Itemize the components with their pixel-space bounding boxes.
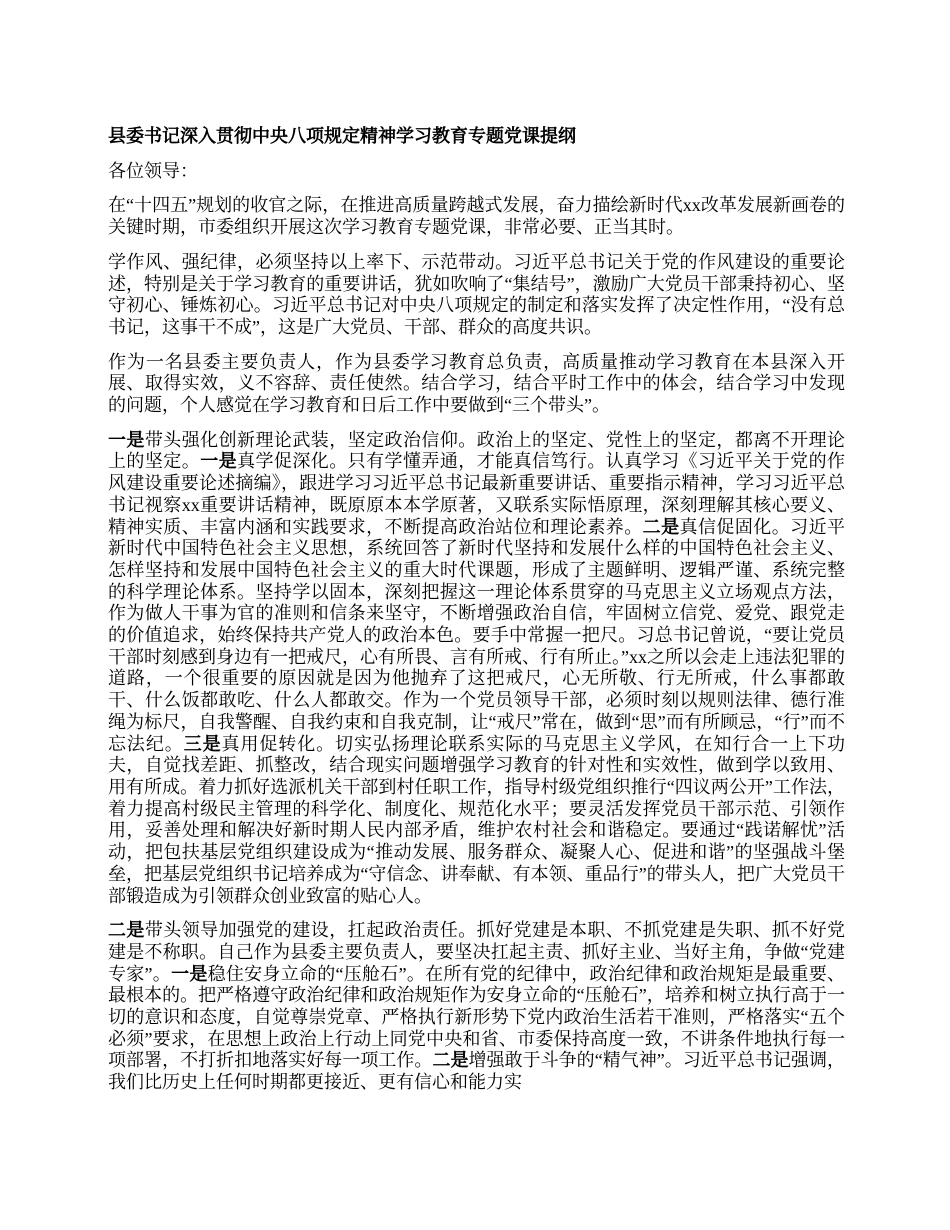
bold-marker: 一是 — [108, 430, 145, 450]
bold-marker: 三是 — [184, 734, 222, 754]
bold-marker: 二是 — [643, 517, 680, 537]
paragraph-1: 在“十四五”规划的收官之际，在推进高质量跨越式发展，奋力描绘新时代xx改革发展新… — [108, 195, 845, 238]
text-run: 真用促转化。切实弘扬理论联系实际的马克思主义学风，在知行合一上下功夫，自觉找差距… — [108, 734, 845, 906]
paragraph-3: 作为一名县委主要负责人，作为县委学习教育总负责，高质量推动学习教育在本县深入开展… — [108, 352, 845, 417]
bold-marker: 二是 — [432, 1050, 468, 1070]
document-title: 县委书记深入贯彻中央八项规定精神学习教育专题党课提纲 — [108, 126, 845, 148]
paragraph-4: 一是带头强化创新理论武装，坚定政治信仰。政治上的坚定、党性上的坚定，都离不开理论… — [108, 430, 845, 907]
salutation: 各位领导： — [108, 161, 845, 183]
text-run: 真信促固化。习近平新时代中国特色社会主义思想，系统回答了新时代坚持和发展什么样的… — [108, 517, 845, 754]
document-body: 县委书记深入贯彻中央八项规定精神学习教育专题党课提纲 各位领导： 在“十四五”规… — [108, 126, 845, 1094]
paragraph-5: 二是带头领导加强党的建设，扛起政治责任。抓好党建是本职、不抓党建是失职、抓不好党… — [108, 920, 845, 1094]
bold-marker: 二是 — [108, 920, 145, 940]
document-page: 县委书记深入贯彻中央八项规定精神学习教育专题党课提纲 各位领导： 在“十四五”规… — [0, 0, 950, 1230]
bold-marker: 一是 — [200, 451, 237, 471]
paragraph-2: 学作风、强纪律，必须坚持以上率下、示范带动。习近平总书记关于党的作风建设的重要论… — [108, 252, 845, 339]
bold-marker: 一是 — [171, 964, 208, 984]
